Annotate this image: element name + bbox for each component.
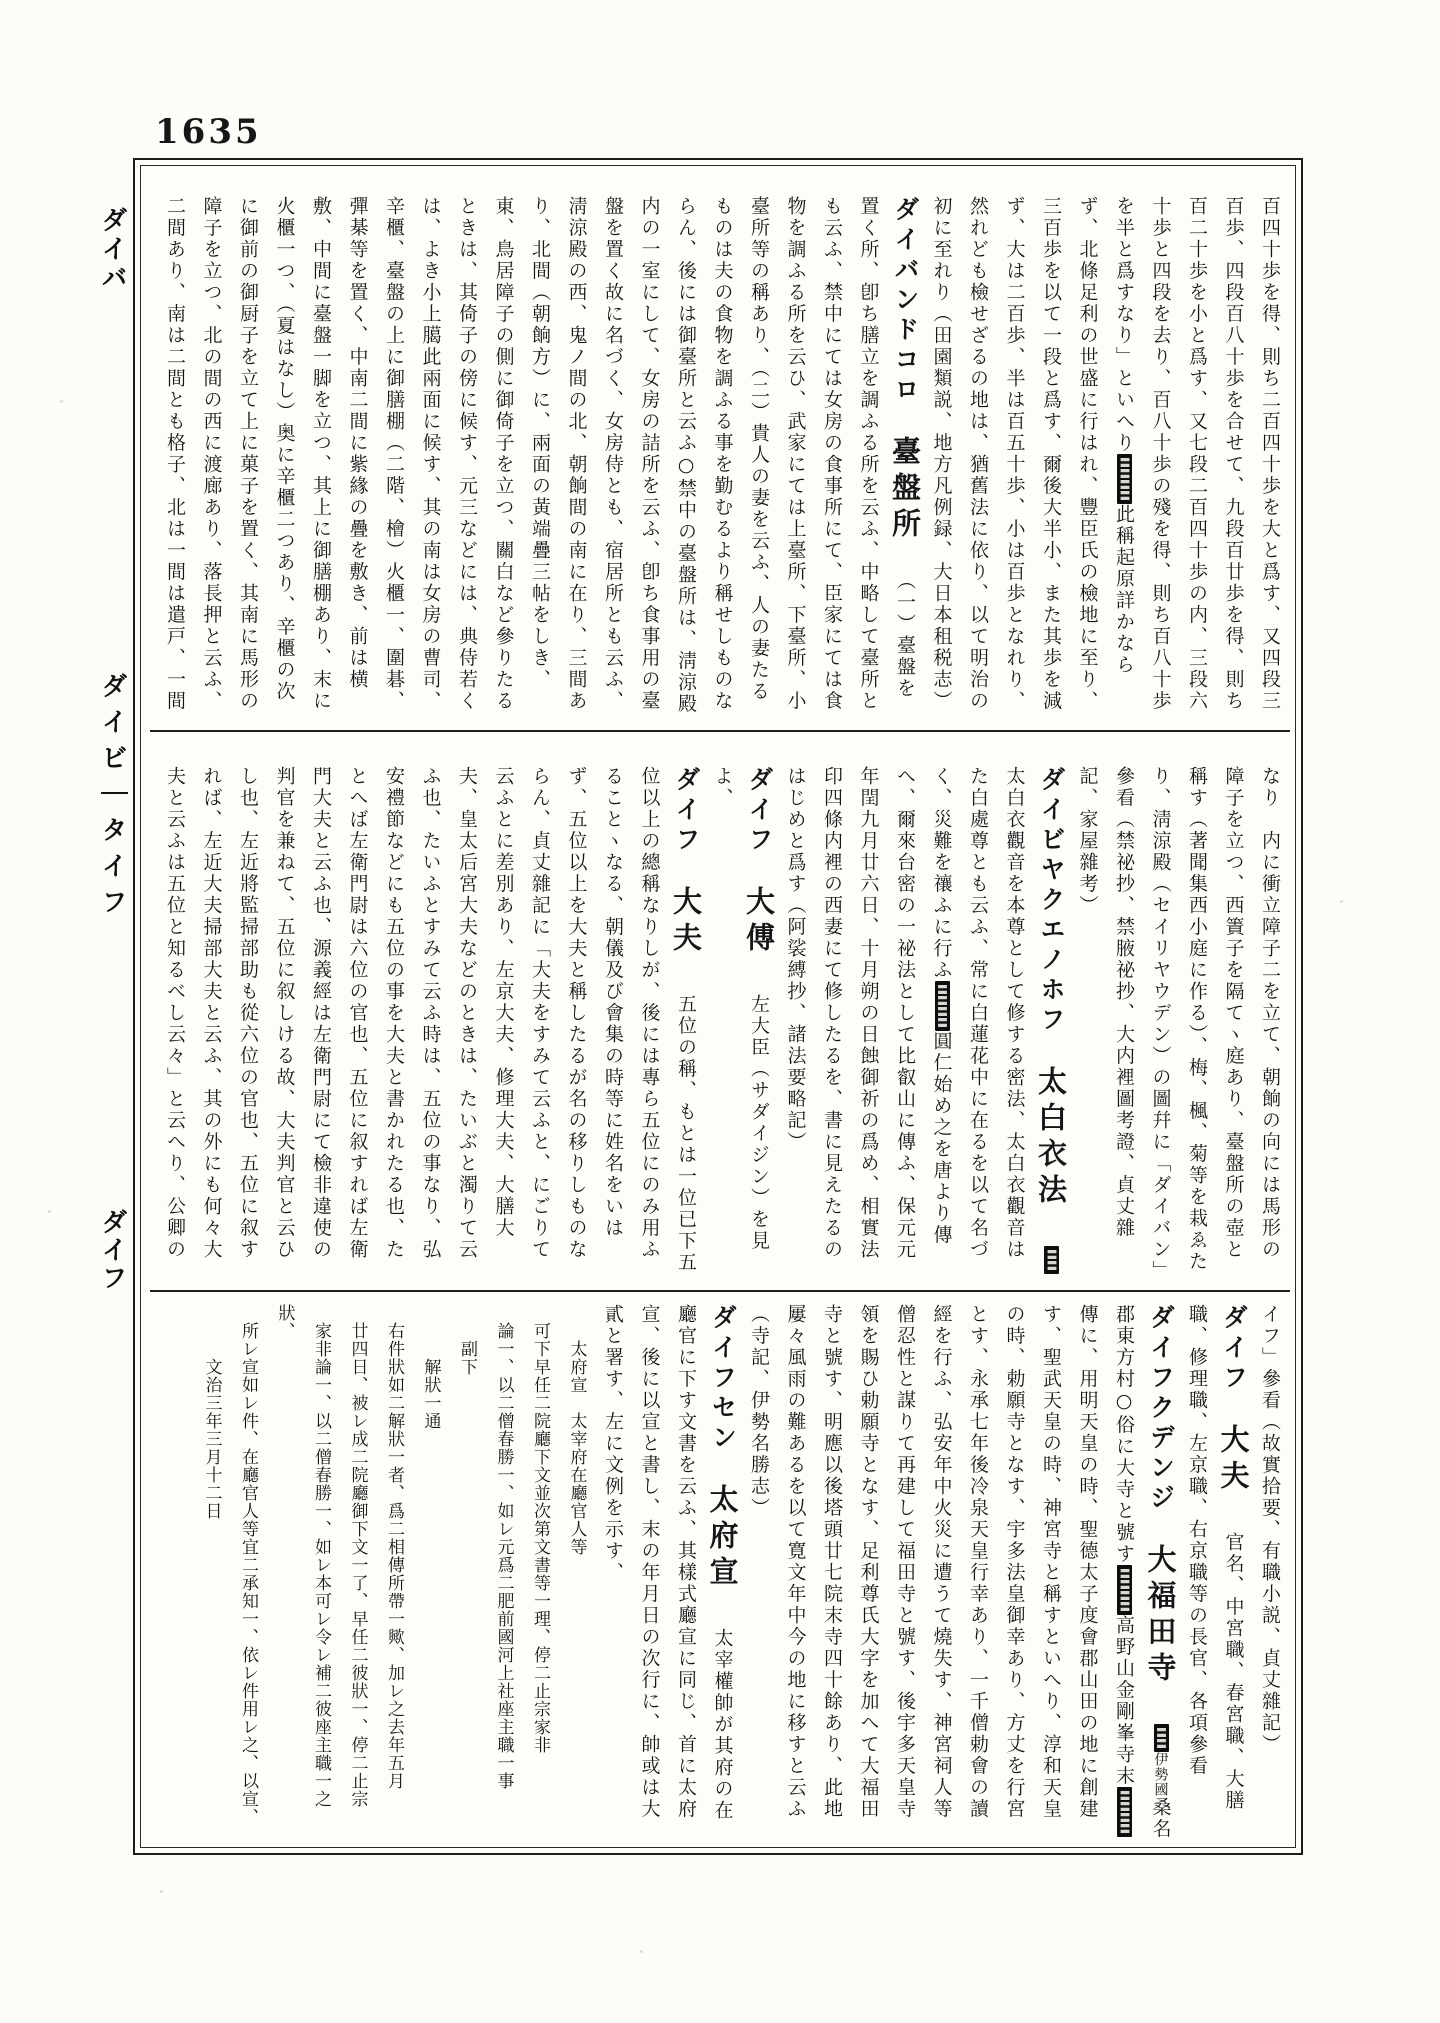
section-tag: 〓〓 (1154, 1724, 1169, 1752)
entry-heading-kana: ダイフ (1220, 1304, 1249, 1424)
body-text: （一）臺盤を置く所、卽ち膳立を調ふる所を云ふ、中略して臺所とも云ふ、禁中にては女… (152, 196, 916, 715)
text-band-top: 百四十歩を得、則ち二百四十歩を大と爲す、又四段三百歩、四段百八十歩を合せて、九段… (152, 196, 1288, 716)
body-text: 五位の稱、もとは一位已下五位以上の總稱なりしが、後には專ら五位にのみ用ふることヽ… (152, 766, 697, 1274)
body-text: なり 内に衝立障子二を立て、朝餉の向には馬形の障子を立つ、西簀子を隔てヽ庭あり、… (1077, 766, 1282, 1273)
scan-speckle (60, 400, 63, 403)
entry-heading-kana: ダイバンドコロ (891, 196, 920, 436)
citation-text: 太府宣 太宰府在廳官人等 (567, 1304, 587, 1556)
body-text: 圓仁始め之を唐より傳へ、爾來台密の一祕法として比叡山に傳ふ、保元元年閏九月廿六日… (785, 766, 953, 1261)
entry-heading-kanji: 太府宣 (706, 1484, 740, 1628)
scan-speckle (640, 1950, 643, 1953)
margin-guide-daifu: ダイフ (94, 1208, 131, 1292)
citation-text: 可下早任二院廳下文並次第文書等一理、停二止宗家非 (530, 1304, 550, 1754)
entry-heading-kana: ダイフセン (709, 1304, 738, 1484)
scan-speckle (1340, 900, 1343, 903)
section-tag: 〓〓〓〓 (1117, 1787, 1132, 1837)
citation-text: 文治三年三月十二日 (202, 1304, 222, 1520)
entry-heading-kana: ダイフ (745, 766, 774, 886)
section-tag: 〓〓〓〓 (1117, 454, 1132, 504)
band-divider (150, 1290, 1290, 1292)
citation-text: 廿四日、被レ成二院廳御下文一了、早任二彼狀一、停二止宗 (348, 1304, 368, 1808)
citation-text: 論一、以二僧春勝一、如レ元爲二肥前國河上社座主職一事 (494, 1304, 514, 1790)
section-tag: 〓〓 (1044, 1246, 1059, 1274)
band-divider (150, 730, 1290, 732)
text-band-bottom: イフ」參看（故實拾要、有職小説、貞丈雜記）ダイフ 大夫 官名、中宮職、春宮職、大… (152, 1304, 1288, 1840)
text-band-middle: なり 内に衝立障子二を立て、朝餉の向には馬形の障子を立つ、西簀子を隔てヽ庭あり、… (152, 766, 1288, 1278)
margin-guide-daiba: ダイバ (94, 206, 131, 293)
entry-heading-kanji: 臺盤所 (888, 436, 922, 580)
citation-text: 解狀一通 (421, 1304, 441, 1430)
scanned-dictionary-page: { "page": { "number": "1635" }, "margin"… (0, 0, 1440, 2023)
entry-heading-kanji: 大傅 (742, 886, 776, 994)
entry-heading-kana: ダイビヤクエノホフ (1037, 766, 1066, 1066)
citation-text: 家非論一、以二僧春勝一、如レ本可レ令レ補二彼座主職一之狀、 (275, 1304, 332, 1808)
margin-guide-daibi-taifu: ダイビ｜タイフ (94, 672, 131, 924)
body-text: イフ」參看（故實拾要、有職小説、貞丈雜記） (1259, 1304, 1281, 1756)
section-tag: 〓〓〓〓 (1117, 1565, 1132, 1615)
citation-text: 副下 (457, 1304, 477, 1376)
entry-heading-kana: ダイフクデンジ (1147, 1304, 1176, 1544)
entry-heading-kanji: 大夫 (1217, 1424, 1251, 1532)
citation-text: 右件狀如二解狀一者、爲二相傳所帶一歟、加レ之去年五月 (384, 1304, 404, 1790)
entry-heading-kanji: 大福田寺 (1144, 1544, 1178, 1724)
body-text: 傳に、用明天皇の時、聖德太子度會郡山田の地に創建す、聖武天皇の時、神宮寺と稱すと… (748, 1304, 1099, 1820)
page-number: 1635 (155, 112, 262, 152)
scan-speckle (160, 1890, 163, 1893)
body-text: 高野山金剛峯寺末 (1113, 1615, 1135, 1787)
entry-heading-kanji: 太白衣法 (1034, 1066, 1068, 1246)
body-text: 此稱起原詳かならず、北條足利の世盛に行はれ、豐臣氏の檢地に至り、三百歩を以て一段… (931, 196, 1136, 712)
scan-speckle (48, 1210, 51, 1213)
small-note: 伊勢國 (1153, 1752, 1169, 1797)
citation-text: 所レ宣如レ件、在廳官人等宜二承知一、依レ件用レ之、以宣、 (238, 1304, 258, 1826)
section-tag: 〓〓〓〓 (935, 981, 950, 1031)
entry-heading-kanji: 大夫 (669, 886, 703, 994)
body-text: 百四十歩を得、則ち二百四十歩を大と爲す、又四段三百歩、四段百八十歩を合せて、九段… (1113, 196, 1281, 712)
entry-heading-kana: ダイフ (672, 766, 701, 886)
